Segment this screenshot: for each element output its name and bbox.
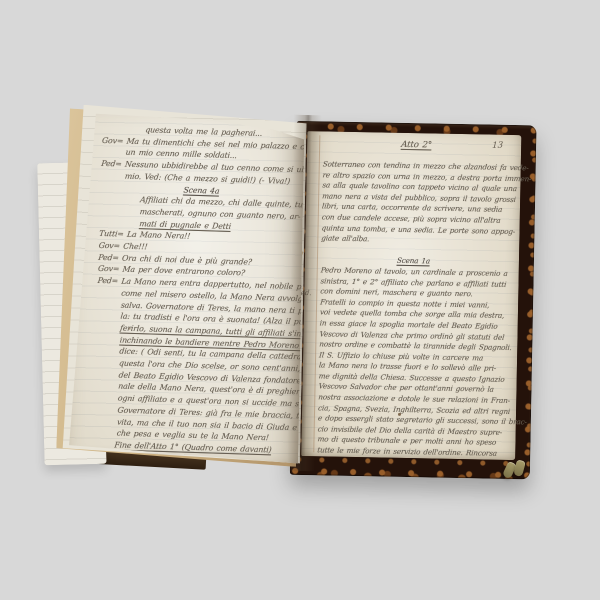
- right-page-text: Sotterraneo con tendina in mezzo che alz…: [317, 159, 509, 459]
- right-page: Atto 2° 13 Ped. Sotterraneo con tendina …: [301, 131, 521, 460]
- act-title: Atto 2°: [400, 140, 432, 151]
- fox-spot: [398, 413, 401, 416]
- left-page: questa volta me la pagherai...Gov= Ma tu…: [66, 111, 305, 465]
- left-page-text: questa volta me la pagherai...Gov= Ma tu…: [92, 123, 304, 457]
- page-number: 13: [492, 140, 504, 151]
- act-heading: Atto 2°: [323, 138, 509, 152]
- clasp-tie: [505, 459, 531, 481]
- photo-backdrop: Atto 2° 13 Ped. Sotterraneo con tendina …: [0, 0, 600, 600]
- manuscript-book: Atto 2° 13 Ped. Sotterraneo con tendina …: [54, 96, 543, 497]
- fox-spot: [129, 328, 131, 330]
